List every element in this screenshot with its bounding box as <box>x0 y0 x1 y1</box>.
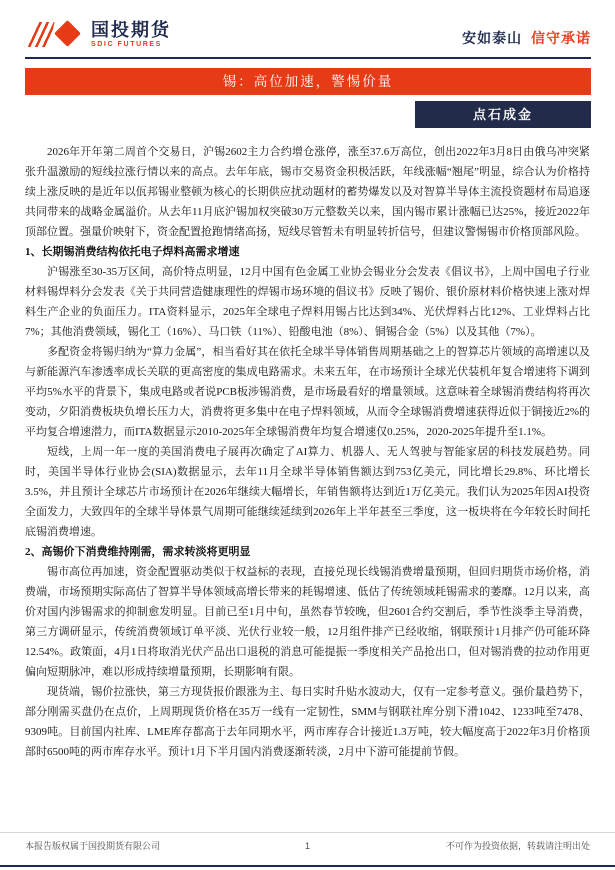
slogan-part-navy: 安如泰山 <box>462 30 522 46</box>
paragraph: 沪锡涨至30-35万区间，高价特点明显，12月中国有色金属工业协会锡业分会发表《… <box>25 262 590 342</box>
paragraph: 多配资金将锡归纳为“算力金属”，相当看好其在依托全球半导体销售周期基础之上的智算… <box>25 342 590 442</box>
logo-name-en: SDIC FUTURES <box>91 41 171 48</box>
logo-diamond-icon <box>54 20 81 47</box>
header-divider <box>25 57 591 59</box>
paragraph: 现货端，锡价拉涨快，第三方现货报价跟涨为主、每日实时升贴水波动大，仅有一定参考意… <box>25 682 590 762</box>
slogan-part-red: 信守承诺 <box>531 30 591 46</box>
company-logo: 国投期货 SDIC FUTURES <box>25 18 171 50</box>
disclaimer-note: 不可作为投资依据，转载请注明出处 <box>446 839 590 852</box>
bottom-border-bar <box>0 865 615 867</box>
paragraph: 短线，上周一年一度的美国消费电子展再次确定了AI算力、机器人、无人驾驶与智能家居… <box>25 442 590 542</box>
report-page: 国投期货 SDIC FUTURES 安如泰山 信守承诺 锡：高位加速，警惕价量 … <box>0 0 615 870</box>
paragraph: 锡市高位再加速，资金配置驱动类似于权益标的表现，直接兑现长线锡消费增量预期，但回… <box>25 562 590 682</box>
copyright-note: 本报告版权属于国投期货有限公司 <box>25 839 160 852</box>
report-footer: 1 本报告版权属于国投期货有限公司 不可作为投资依据，转载请注明出处 <box>25 839 590 852</box>
sdic-logo-icon <box>25 18 83 50</box>
report-header: 国投期货 SDIC FUTURES 安如泰山 信守承诺 <box>25 16 591 56</box>
logo-name-cn: 国投期货 <box>91 21 171 39</box>
report-body: 2026年开年第二周首个交易日，沪锡2602主力合约增仓涨停，涨至37.6万高位… <box>25 142 590 762</box>
series-label-box: 点石成金 <box>415 101 591 128</box>
logo-text: 国投期货 SDIC FUTURES <box>91 21 171 48</box>
section-heading: 1、长期锡消费结构依托电子焊料高需求增速 <box>25 242 590 262</box>
section-heading: 2、高锡价下消费维持刚需，需求转淡将更明显 <box>25 542 590 562</box>
footer-divider <box>0 832 615 833</box>
paragraph: 2026年开年第二周首个交易日，沪锡2602主力合约增仓涨停，涨至37.6万高位… <box>25 142 590 242</box>
company-slogan: 安如泰山 信守承诺 <box>462 28 591 48</box>
report-title-banner: 锡：高位加速，警惕价量 <box>25 68 591 95</box>
